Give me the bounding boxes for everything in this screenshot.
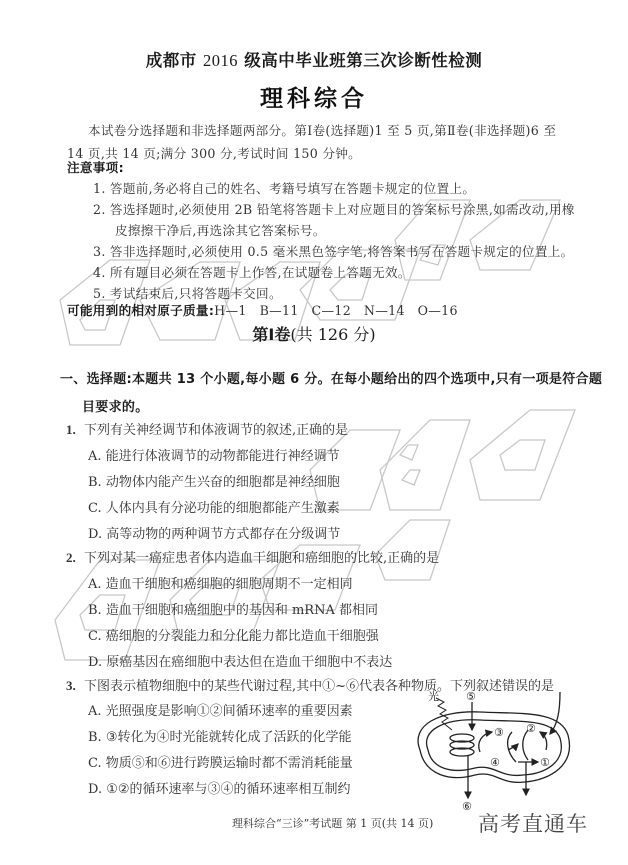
question-2-stem: 2. 下列对某一癌症患者体内造血干细胞和癌细胞的比较,正确的是 bbox=[66, 547, 439, 566]
label-3: ③ bbox=[494, 726, 504, 739]
cell-metabolism-diagram: 光 ⑤ ③ ② ④ ① ⑥ bbox=[400, 690, 580, 810]
exam-subject: 理科综合 bbox=[0, 80, 628, 113]
question-text: 下列有关神经调节和体液调节的叙述,正确的是 bbox=[84, 423, 348, 438]
exam-title: 成都市 2016 级高中毕业班第三次诊断性检测 bbox=[0, 47, 628, 71]
question-1-option-d: D. 高等动物的两种调节方式都存在分级调节 bbox=[88, 523, 340, 542]
question-1-option-c: C. 人体内具有分泌功能的细胞都能产生激素 bbox=[88, 497, 340, 516]
note-item-1: 1. 答题前,务必将自己的姓名、考籍号填写在答题卡规定的位置上。 bbox=[93, 178, 475, 197]
section-heading: 第Ⅰ卷(共 126 分) bbox=[0, 322, 628, 345]
question-1-stem: 1. 下列有关神经调节和体液调节的叙述,正确的是 bbox=[66, 419, 348, 438]
atomic-mass-line: 可能用到的相对原子质量:H—1 B—11 C—12 N—14 O—16 bbox=[67, 300, 458, 319]
label-5: ⑤ bbox=[466, 690, 476, 703]
title-suffix: 级高中毕业班第三次诊断性检测 bbox=[244, 51, 482, 70]
note-item-4: 4. 所有题目必须在答题卡上作答,在试题卷上答题无效。 bbox=[93, 262, 411, 281]
note-item-2-cont: 皮擦擦干净后,再选涂其它答案标号。 bbox=[115, 220, 326, 239]
brand-watermark: 高考直通车 bbox=[478, 808, 588, 838]
title-prefix: 成都市 bbox=[146, 51, 197, 70]
question-number: 2. bbox=[66, 550, 76, 565]
label-1: ① bbox=[540, 756, 550, 769]
question-2-option-c: C. 癌细胞的分裂能力和分化能力都比造血干细胞强 bbox=[88, 625, 379, 644]
section-title-bold: 第Ⅰ卷 bbox=[252, 325, 290, 344]
label-2: ② bbox=[526, 722, 536, 735]
question-2-option-b: B. 造血干细胞和癌细胞中的基因和 mRNA 都相同 bbox=[88, 599, 378, 618]
question-3-option-c: C. 物质⑤和⑥进行跨膜运输时都不需消耗能量 bbox=[88, 752, 353, 771]
question-1-option-a: A. 能进行体液调节的动物都能进行神经调节 bbox=[88, 445, 340, 464]
title-year: 2016 bbox=[203, 51, 238, 70]
label-4: ④ bbox=[490, 756, 500, 769]
question-3-option-a: A. 光照强度是影响①②间循环速率的重要因素 bbox=[88, 700, 353, 719]
question-number: 3. bbox=[66, 678, 76, 693]
question-3-option-b: B. ③转化为④时光能就转化成了活跃的化学能 bbox=[88, 726, 351, 745]
intro-line-1: 本试卷分选择题和非选择题两部分。第Ⅰ卷(选择题)1 至 5 页,第Ⅱ卷(非选择题… bbox=[88, 120, 556, 139]
question-2-option-a: A. 造血干细胞和癌细胞的细胞周期不一定相同 bbox=[88, 573, 353, 592]
question-1-option-b: B. 动物体内能产生兴奋的细胞都是神经细胞 bbox=[88, 471, 340, 490]
label-6: ⑥ bbox=[462, 800, 472, 810]
page-footer: 理科综合“三诊”考试题 第 1 页(共 14 页) bbox=[232, 815, 433, 831]
atomic-mass-values: H—1 B—11 C—12 N—14 O—16 bbox=[214, 303, 458, 318]
note-item-2: 2. 答选择题时,必须使用 2B 铅笔将答题卡上对应题目的答案标号涂黑,如需改动… bbox=[93, 199, 575, 218]
light-label: 光 bbox=[428, 690, 439, 703]
question-number: 1. bbox=[66, 422, 76, 437]
question-text: 下列对某一癌症患者体内造血干细胞和癌细胞的比较,正确的是 bbox=[84, 551, 439, 566]
notes-heading: 注意事项: bbox=[67, 157, 124, 176]
note-item-3: 3. 答非选择题时,必须使用 0.5 毫米黑色签字笔,将答案书写在答题卡规定的位… bbox=[93, 241, 574, 260]
question-3-option-d: D. ①②的循环速率与③④的循环速率相互制约 bbox=[88, 778, 351, 797]
instructions-line-2: 目要求的。 bbox=[82, 396, 149, 415]
instructions-line-1: 一、选择题:本题共 13 个小题,每小题 6 分。在每小题给出的四个选项中,只有… bbox=[60, 368, 602, 387]
atomic-mass-label: 可能用到的相对原子质量: bbox=[67, 303, 214, 318]
question-2-option-d: D. 原癌基因在癌细胞中表达但在造血干细胞中不表达 bbox=[88, 651, 392, 670]
section-title-rest: (共 126 分) bbox=[290, 325, 375, 344]
